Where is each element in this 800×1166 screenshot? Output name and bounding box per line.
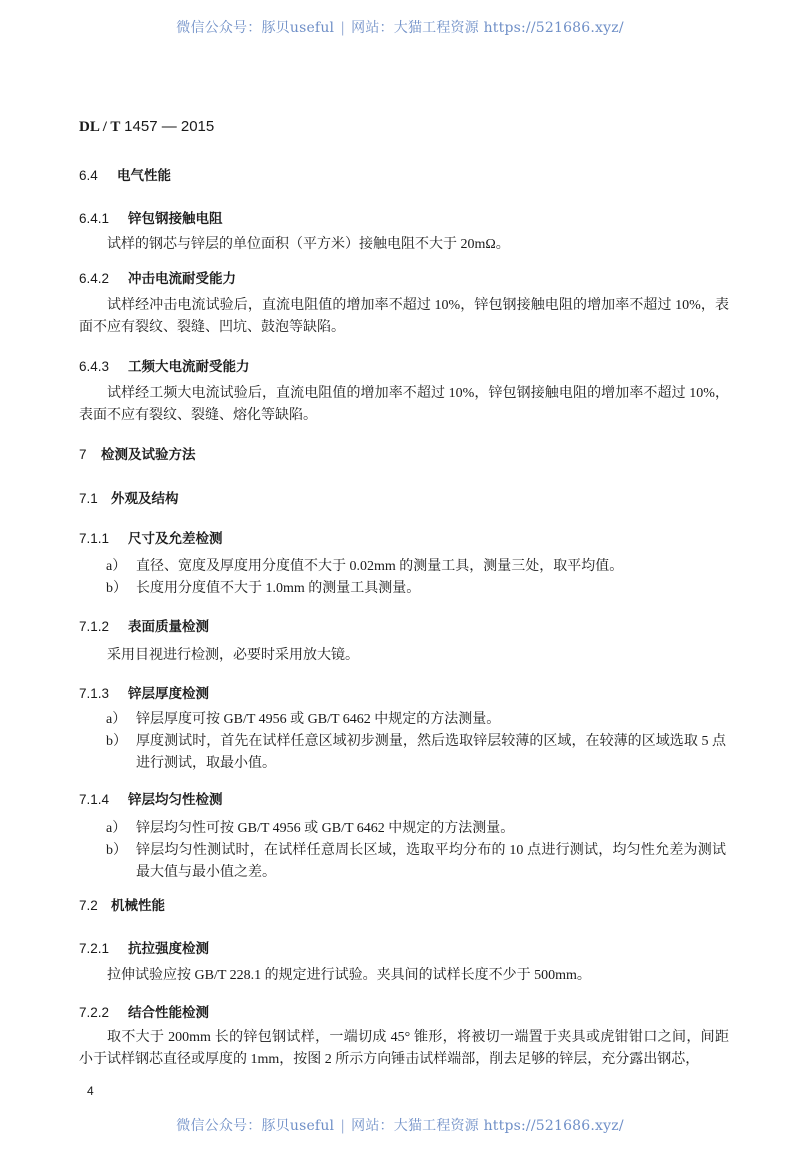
list-item: a） 锌层厚度可按 GB/T 4956 或 GB/T 6462 中规定的方法测量… <box>106 709 726 731</box>
section-number: 7.1 <box>79 491 111 506</box>
section-number: 7.2 <box>79 898 111 913</box>
paragraph-6-4-2: 试样经冲击电流试验后，直流电阻值的增加率不超过 10%，锌包钢接触电阻的增加率不… <box>79 295 729 339</box>
section-number: 6.4.1 <box>79 211 128 226</box>
heading-7-2-2: 7.2.2结合性能检测 <box>79 1001 209 1021</box>
list-text: 厚度测试时，首先在试样任意区域初步测量，然后选取锌层较薄的区域，在较薄的区域选取… <box>136 731 726 775</box>
section-title: 机械性能 <box>111 898 165 913</box>
heading-7-1-4: 7.1.4锌层均匀性检测 <box>79 788 223 808</box>
list-text: 长度用分度值不大于 1.0mm 的测量工具测量。 <box>136 578 726 600</box>
section-number: 6.4.2 <box>79 271 128 286</box>
section-number: 7.1.1 <box>79 531 128 546</box>
section-title: 冲击电流耐受能力 <box>128 271 236 286</box>
heading-7-2: 7.2机械性能 <box>79 894 165 914</box>
section-number: 7 <box>79 447 101 462</box>
list-marker: b） <box>106 578 127 600</box>
heading-7-1: 7.1外观及结构 <box>79 487 179 507</box>
heading-7-2-1: 7.2.1抗拉强度检测 <box>79 937 209 957</box>
paragraph-6-4-1: 试样的钢芯与锌层的单位面积（平方米）接触电阻不大于 20mΩ。 <box>79 234 729 256</box>
document-code: DL / T 1457 — 2015 <box>79 118 214 136</box>
list-marker: b） <box>106 840 127 862</box>
section-title: 工频大电流耐受能力 <box>128 359 250 374</box>
section-title: 结合性能检测 <box>128 1005 209 1020</box>
section-title: 外观及结构 <box>111 491 179 506</box>
paragraph-7-2-2: 取不大于 200mm 长的锌包钢试样，一端切成 45° 锥形，将被切一端置于夹具… <box>79 1027 729 1071</box>
watermark-separator: | <box>340 20 345 36</box>
section-number: 6.4.3 <box>79 359 128 374</box>
watermark-bottom: 微信公众号：豚贝useful|网站：大猫工程资源 https://521686.… <box>0 1115 800 1135</box>
list-item: b） 长度用分度值不大于 1.0mm 的测量工具测量。 <box>106 578 726 600</box>
paragraph-7-2-1: 拉伸试验应按 GB/T 228.1 的规定进行试验。夹具间的试样长度不少于 50… <box>79 965 729 987</box>
list-item: a） 锌层均匀性可按 GB/T 4956 或 GB/T 6462 中规定的方法测… <box>106 818 726 840</box>
section-title: 锌层厚度检测 <box>128 686 209 701</box>
heading-6-4-3: 6.4.3工频大电流耐受能力 <box>79 355 250 375</box>
watermark-separator: | <box>340 1118 345 1134</box>
list-marker: b） <box>106 731 127 753</box>
watermark-website: 网站：大猫工程资源 https://521686.xyz/ <box>351 1118 624 1134</box>
section-title: 抗拉强度检测 <box>128 941 209 956</box>
section-number: 7.1.4 <box>79 792 128 807</box>
standard-number: 1457 — 2015 <box>124 118 214 135</box>
section-number: 7.1.2 <box>79 619 128 634</box>
watermark-website: 网站：大猫工程资源 https://521686.xyz/ <box>351 20 624 36</box>
section-title: 检测及试验方法 <box>101 447 196 462</box>
list-text: 锌层厚度可按 GB/T 4956 或 GB/T 6462 中规定的方法测量。 <box>136 709 726 731</box>
watermark-top: 微信公众号：豚贝useful|网站：大猫工程资源 https://521686.… <box>0 17 800 37</box>
heading-6-4: 6.4电气性能 <box>79 164 171 184</box>
list-text: 锌层均匀性可按 GB/T 4956 或 GB/T 6462 中规定的方法测量。 <box>136 818 726 840</box>
list-marker: a） <box>106 818 126 840</box>
section-title: 锌层均匀性检测 <box>128 792 223 807</box>
paragraph-6-4-3: 试样经工频大电流试验后，直流电阻值的增加率不超过 10%，锌包钢接触电阻的增加率… <box>79 383 729 427</box>
list-item: b） 厚度测试时，首先在试样任意区域初步测量，然后选取锌层较薄的区域，在较薄的区… <box>106 731 726 775</box>
list-item: b） 锌层均匀性测试时，在试样任意周长区域，选取平均分布的 10 点进行测试，均… <box>106 840 726 884</box>
heading-6-4-2: 6.4.2冲击电流耐受能力 <box>79 267 236 287</box>
section-title: 表面质量检测 <box>128 619 209 634</box>
list-item: a） 直径、宽度及厚度用分度值不大于 0.02mm 的测量工具，测量三处，取平均… <box>106 556 726 578</box>
list-text: 锌层均匀性测试时，在试样任意周长区域，选取平均分布的 10 点进行测试，均匀性允… <box>136 840 726 884</box>
standard-prefix: DL / T <box>79 119 120 135</box>
heading-7-1-2: 7.1.2表面质量检测 <box>79 615 209 635</box>
watermark-wechat: 微信公众号：豚贝useful <box>176 1118 334 1134</box>
list-text: 直径、宽度及厚度用分度值不大于 0.02mm 的测量工具，测量三处，取平均值。 <box>136 556 726 578</box>
heading-7-1-3: 7.1.3锌层厚度检测 <box>79 682 209 702</box>
heading-7: 7检测及试验方法 <box>79 443 196 463</box>
page-number: 4 <box>87 1084 94 1098</box>
section-title: 电气性能 <box>117 168 171 183</box>
list-marker: a） <box>106 709 126 731</box>
heading-6-4-1: 6.4.1锌包钢接触电阻 <box>79 207 223 227</box>
section-title: 尺寸及允差检测 <box>128 531 223 546</box>
watermark-wechat: 微信公众号：豚贝useful <box>176 20 334 36</box>
paragraph-7-1-2: 采用目视进行检测，必要时采用放大镜。 <box>79 645 729 667</box>
section-number: 7.2.1 <box>79 941 128 956</box>
heading-7-1-1: 7.1.1尺寸及允差检测 <box>79 527 223 547</box>
list-marker: a） <box>106 556 126 578</box>
section-number: 7.1.3 <box>79 686 128 701</box>
section-number: 7.2.2 <box>79 1005 128 1020</box>
section-number: 6.4 <box>79 168 117 183</box>
section-title: 锌包钢接触电阻 <box>128 211 223 226</box>
